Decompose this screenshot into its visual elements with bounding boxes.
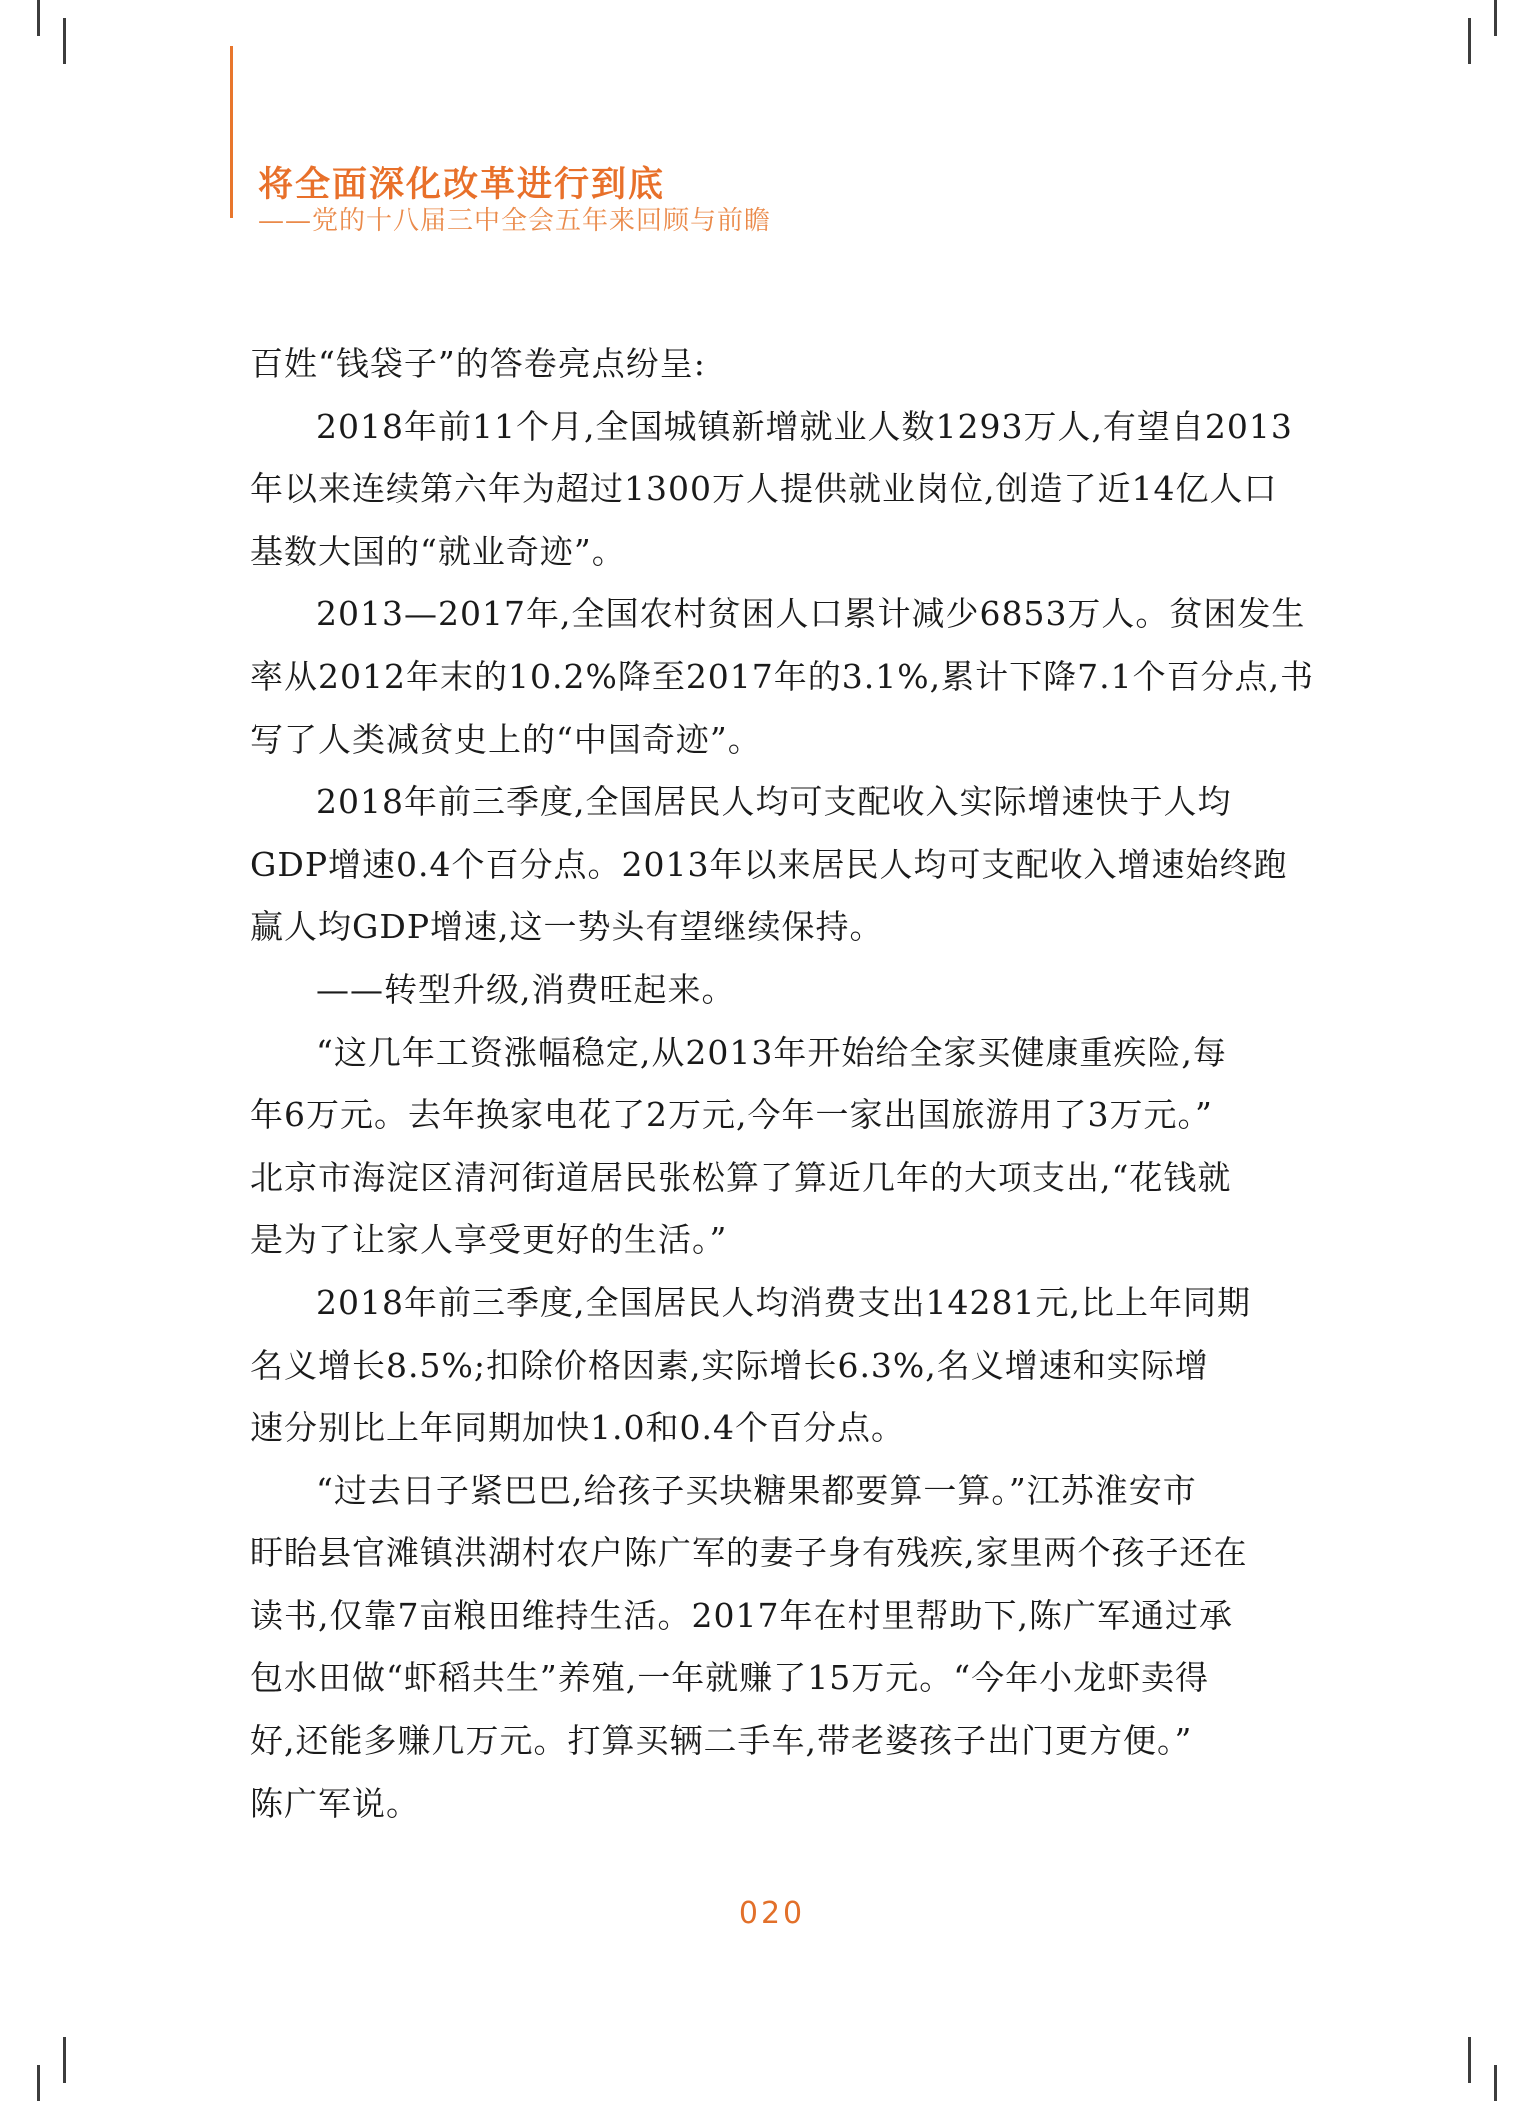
header-vertical-rule bbox=[230, 46, 233, 218]
text-line: “过去日子紧巴巴,给孩子买块糖果都要算一算。”江苏淮安市 bbox=[250, 1460, 1294, 1523]
text-line: ——转型升级,消费旺起来。 bbox=[250, 959, 1294, 1022]
text-line: 名义增长8.5%;扣除价格因素,实际增长6.3%,名义增速和实际增 bbox=[250, 1335, 1294, 1398]
text-line: 是为了让家人享受更好的生活。” bbox=[250, 1209, 1294, 1272]
book-page: 将全面深化改革进行到底 ——党的十八届三中全会五年来回顾与前瞻 百姓“钱袋子”的… bbox=[0, 0, 1536, 2101]
trim-mark-bottom-left-inner bbox=[63, 2037, 66, 2083]
trim-mark-top-left-outer bbox=[37, 0, 40, 36]
text-line: 基数大国的“就业奇迹”。 bbox=[250, 521, 1294, 584]
text-line: 北京市海淀区清河街道居民张松算了算近几年的大项支出,“花钱就 bbox=[250, 1147, 1294, 1210]
text-line: 2013—2017年,全国农村贫困人口累计减少6853万人。贫困发生 bbox=[250, 583, 1294, 646]
page-number: 020 bbox=[250, 1896, 1294, 1931]
trim-mark-top-right-inner bbox=[1468, 18, 1471, 64]
text-line: 率从2012年末的10.2%降至2017年的3.1%,累计下降7.1个百分点,书 bbox=[250, 646, 1294, 709]
text-line: 百姓“钱袋子”的答卷亮点纷呈: bbox=[250, 333, 1294, 396]
text-line: 写了人类减贫史上的“中国奇迹”。 bbox=[250, 709, 1294, 772]
text-line: 包水田做“虾稻共生”养殖,一年就赚了15万元。“今年小龙虾卖得 bbox=[250, 1647, 1294, 1710]
trim-mark-bottom-right-outer bbox=[1494, 2065, 1497, 2101]
text-line: 好,还能多赚几万元。打算买辆二手车,带老婆孩子出门更方便。” bbox=[250, 1710, 1294, 1773]
text-line: 2018年前三季度,全国居民人均消费支出14281元,比上年同期 bbox=[250, 1272, 1294, 1335]
book-title: 将全面深化改革进行到底 bbox=[258, 164, 665, 206]
text-line: 赢人均GDP增速,这一势头有望继续保持。 bbox=[250, 896, 1294, 959]
trim-mark-top-left-inner bbox=[63, 18, 66, 64]
text-line: 盱眙县官滩镇洪湖村农户陈广军的妻子身有残疾,家里两个孩子还在 bbox=[250, 1522, 1294, 1585]
text-line: 2018年前三季度,全国居民人均可支配收入实际增速快于人均 bbox=[250, 771, 1294, 834]
text-line: GDP增速0.4个百分点。2013年以来居民人均可支配收入增速始终跑 bbox=[250, 834, 1294, 897]
book-subtitle: ——党的十八届三中全会五年来回顾与前瞻 bbox=[258, 206, 771, 237]
text-line: 读书,仅靠7亩粮田维持生活。2017年在村里帮助下,陈广军通过承 bbox=[250, 1585, 1294, 1648]
text-line: “这几年工资涨幅稳定,从2013年开始给全家买健康重疾险,每 bbox=[250, 1022, 1294, 1085]
text-line: 陈广军说。 bbox=[250, 1773, 1294, 1836]
text-line: 2018年前11个月,全国城镇新增就业人数1293万人,有望自2013 bbox=[250, 396, 1294, 459]
body-text: 百姓“钱袋子”的答卷亮点纷呈:2018年前11个月,全国城镇新增就业人数1293… bbox=[250, 333, 1294, 1835]
text-line: 年以来连续第六年为超过1300万人提供就业岗位,创造了近14亿人口 bbox=[250, 458, 1294, 521]
text-line: 速分别比上年同期加快1.0和0.4个百分点。 bbox=[250, 1397, 1294, 1460]
trim-mark-bottom-right-inner bbox=[1468, 2037, 1471, 2083]
text-line: 年6万元。去年换家电花了2万元,今年一家出国旅游用了3万元。” bbox=[250, 1084, 1294, 1147]
trim-mark-bottom-left-outer bbox=[37, 2065, 40, 2101]
trim-mark-top-right-outer bbox=[1494, 0, 1497, 36]
